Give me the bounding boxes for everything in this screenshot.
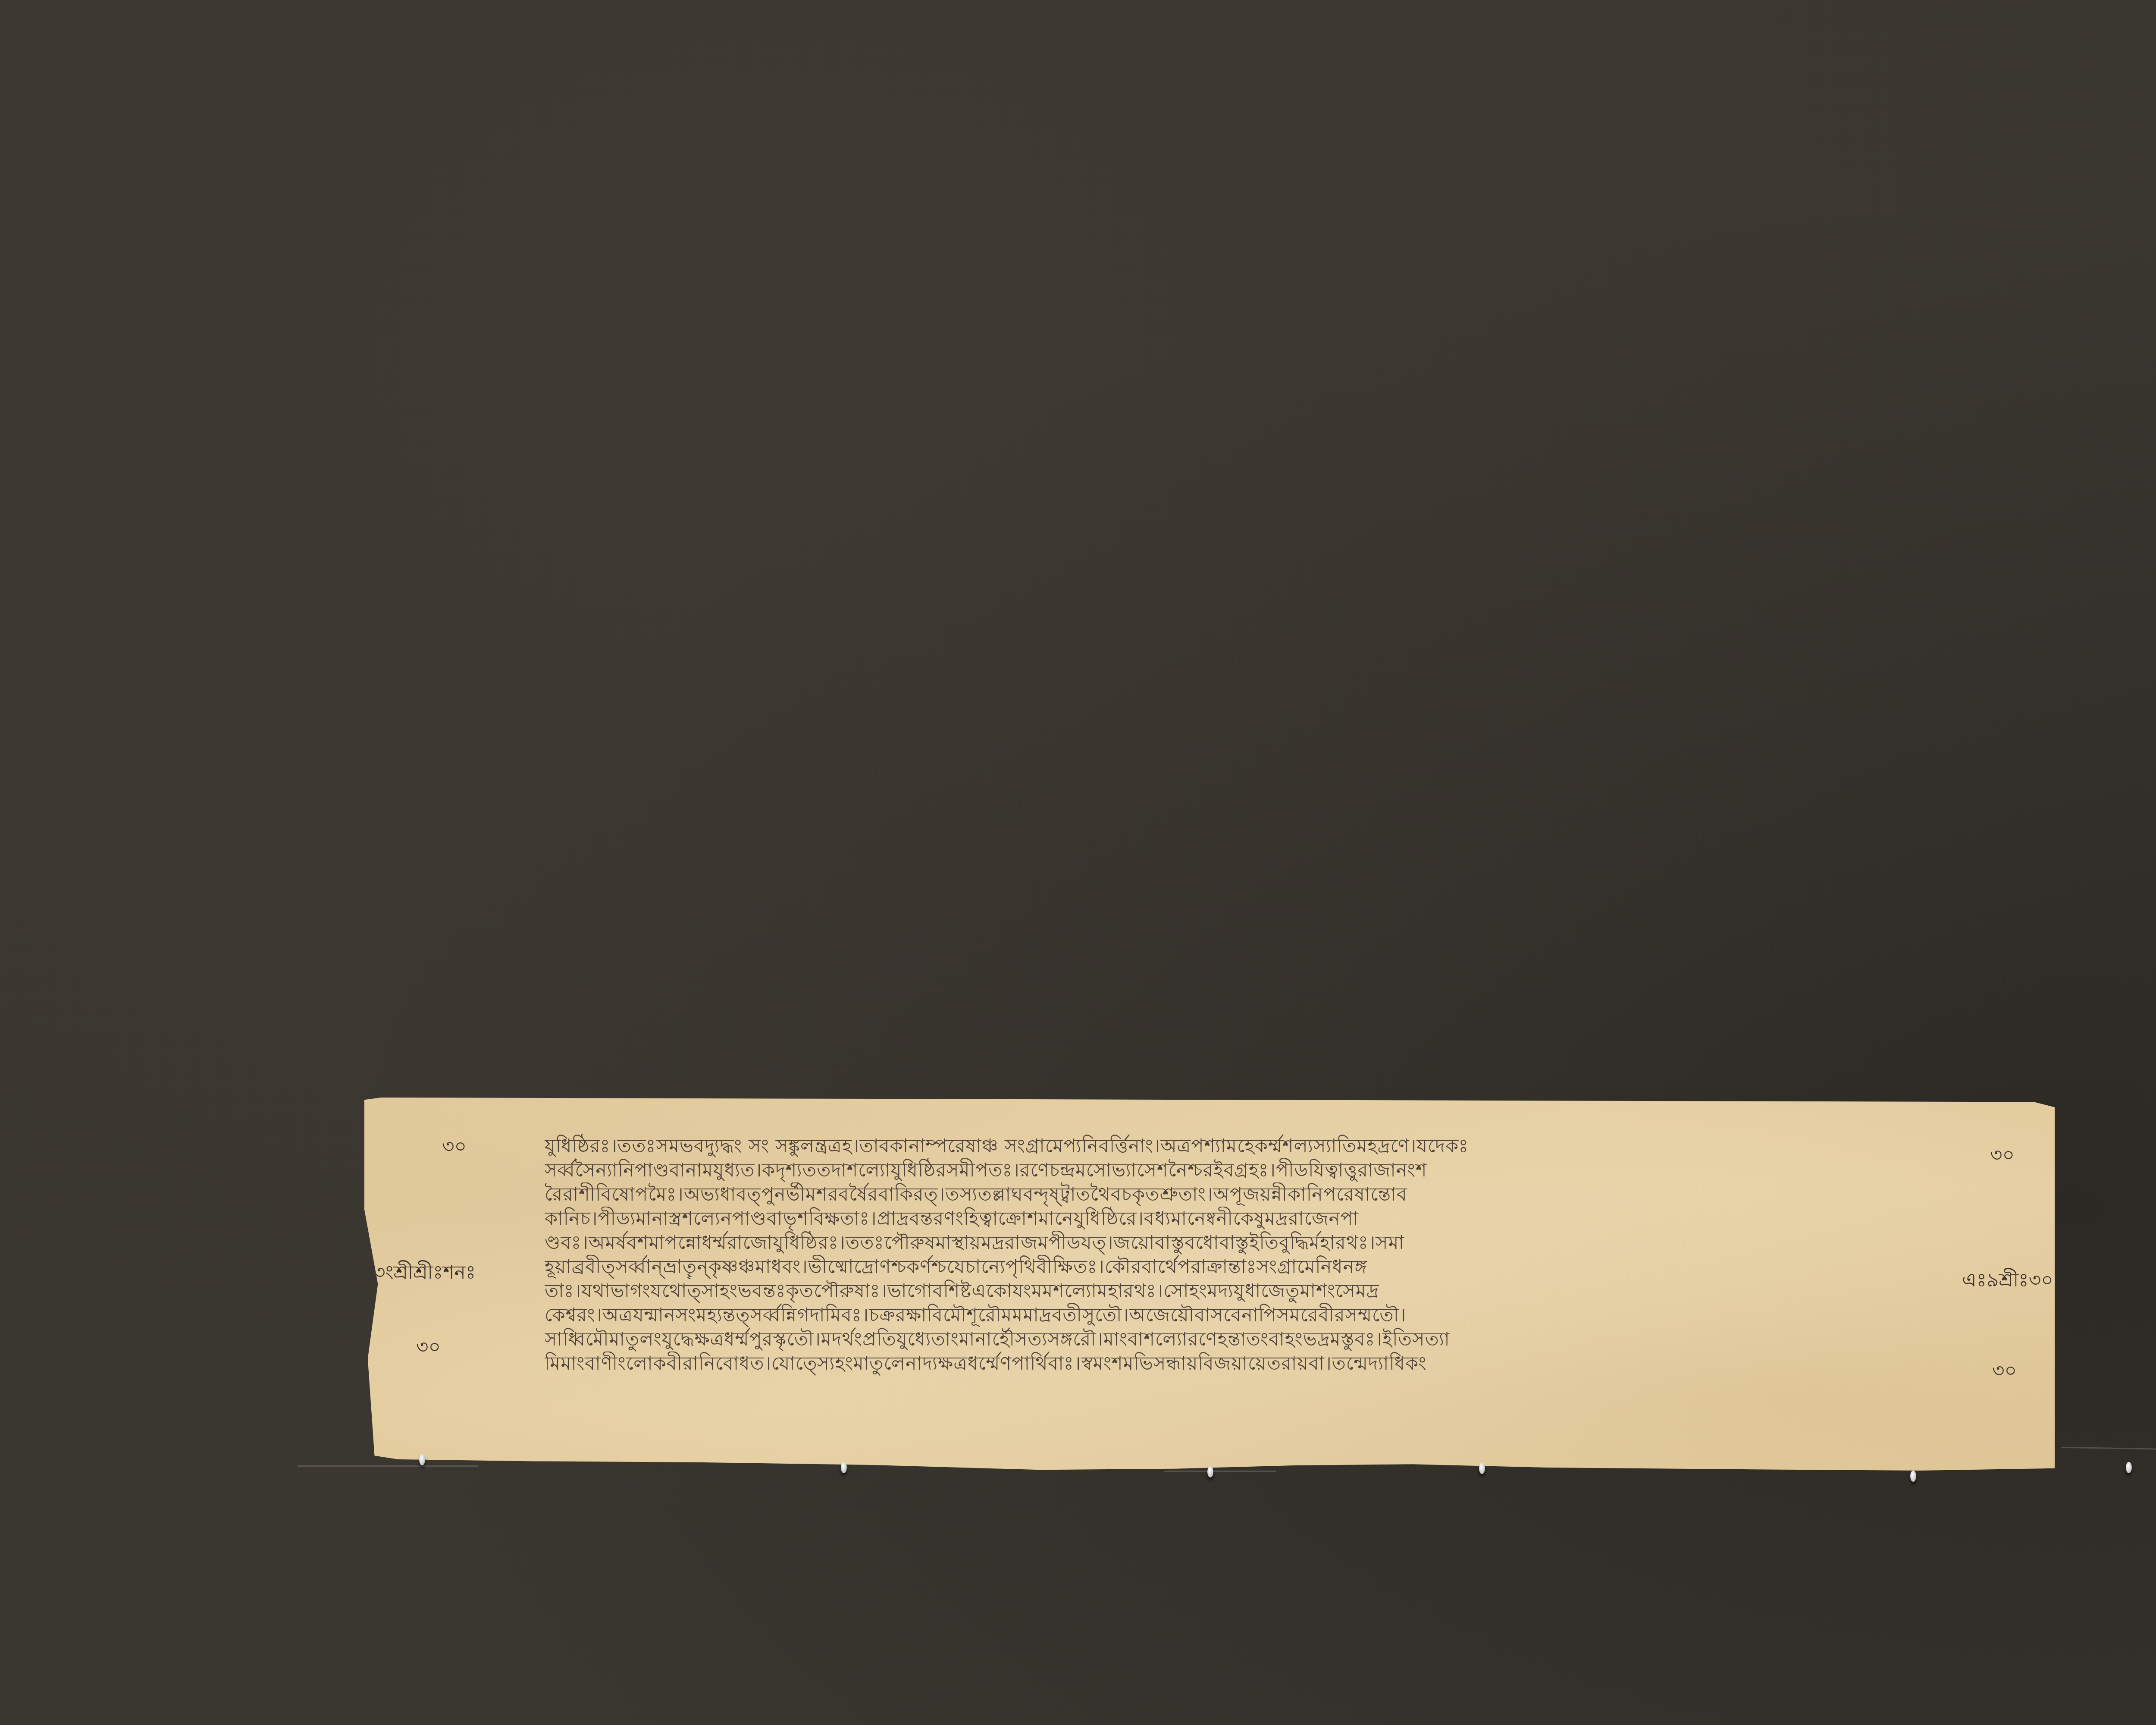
mounting-pin [419, 1454, 425, 1465]
left-margin-invocation: ৩ংশ্রীশ্রীঃশনঃ [373, 1258, 476, 1289]
text-line: রৈরাশীবিষোপমৈঃ।অভ্যধাবত্পুনর্ভীমশরবর্ষৈর… [545, 1182, 1952, 1207]
mounting-pin [2126, 1462, 2132, 1473]
text-line: কানিচ।পীড্যমানাস্ত্রশল্যেনপাণ্ডবাভৃশবিক্… [545, 1207, 1952, 1231]
text-line: কেশ্বরং।অত্রযন্মানসংমহ্যন্তত্সর্ব্বন্নিগ… [545, 1303, 1952, 1327]
text-line: তাঃ।যথাভাগংযথোত্সাহংভবন্তঃকৃতপৌরুষাঃ।ভাগ… [545, 1279, 1952, 1303]
text-line: সর্ব্বসৈন্যানিপাণ্ডবানামযুধ্যত।কদৃশ্যততদ… [545, 1158, 1952, 1182]
text-line: ণ্ডবঃ।অমর্ষবশমাপন্নোধর্ম্মরাজোযুধিষ্ঠিরঃ… [545, 1231, 1952, 1255]
text-line: হূয়াব্রবীত্সর্ব্বান্ভ্রাতৄন্কৃষ্ণঞ্চমাধ… [545, 1255, 1952, 1279]
mounting-pin [1910, 1471, 1916, 1482]
text-line: যুধিষ্ঠিরঃ।ততঃসমভবদ্যুদ্ধং সং সঙ্কুলন্ত্… [545, 1134, 1952, 1158]
mounting-pin [841, 1462, 847, 1473]
manuscript-text-block: যুধিষ্ঠিরঃ।ততঃসমভবদ্যুদ্ধং সং সঙ্কুলন্ত্… [545, 1134, 1981, 1376]
manuscript-leaf: ৩০ ৩ংশ্রীশ্রীঃশনঃ ৩০ ৩০ এঃ৯শ্রীঃ৩০ ৩০ যু… [364, 1098, 2055, 1471]
left-margin-numeral-bottom: ৩০ [416, 1333, 441, 1364]
left-margin-numeral-top: ৩০ [442, 1132, 467, 1164]
chalk-guide-line [1164, 1471, 1276, 1472]
mounting-pin [1207, 1466, 1213, 1477]
text-line: সাধ্বিমৌমাতুলংযুদ্ধেক্ষত্রধর্ম্মপুরস্কৃত… [545, 1327, 1952, 1352]
right-margin-numeral-bottom: ৩০ [1992, 1356, 2017, 1388]
chalk-guide-line [298, 1465, 479, 1467]
mounting-pin [1479, 1463, 1485, 1474]
text-line: মিমাংবাণীংলোকবীরানিবোধত।যোত্স্যেহংমাতুলে… [545, 1352, 1952, 1376]
right-margin-numeral-top: ৩০ [1990, 1141, 2015, 1172]
